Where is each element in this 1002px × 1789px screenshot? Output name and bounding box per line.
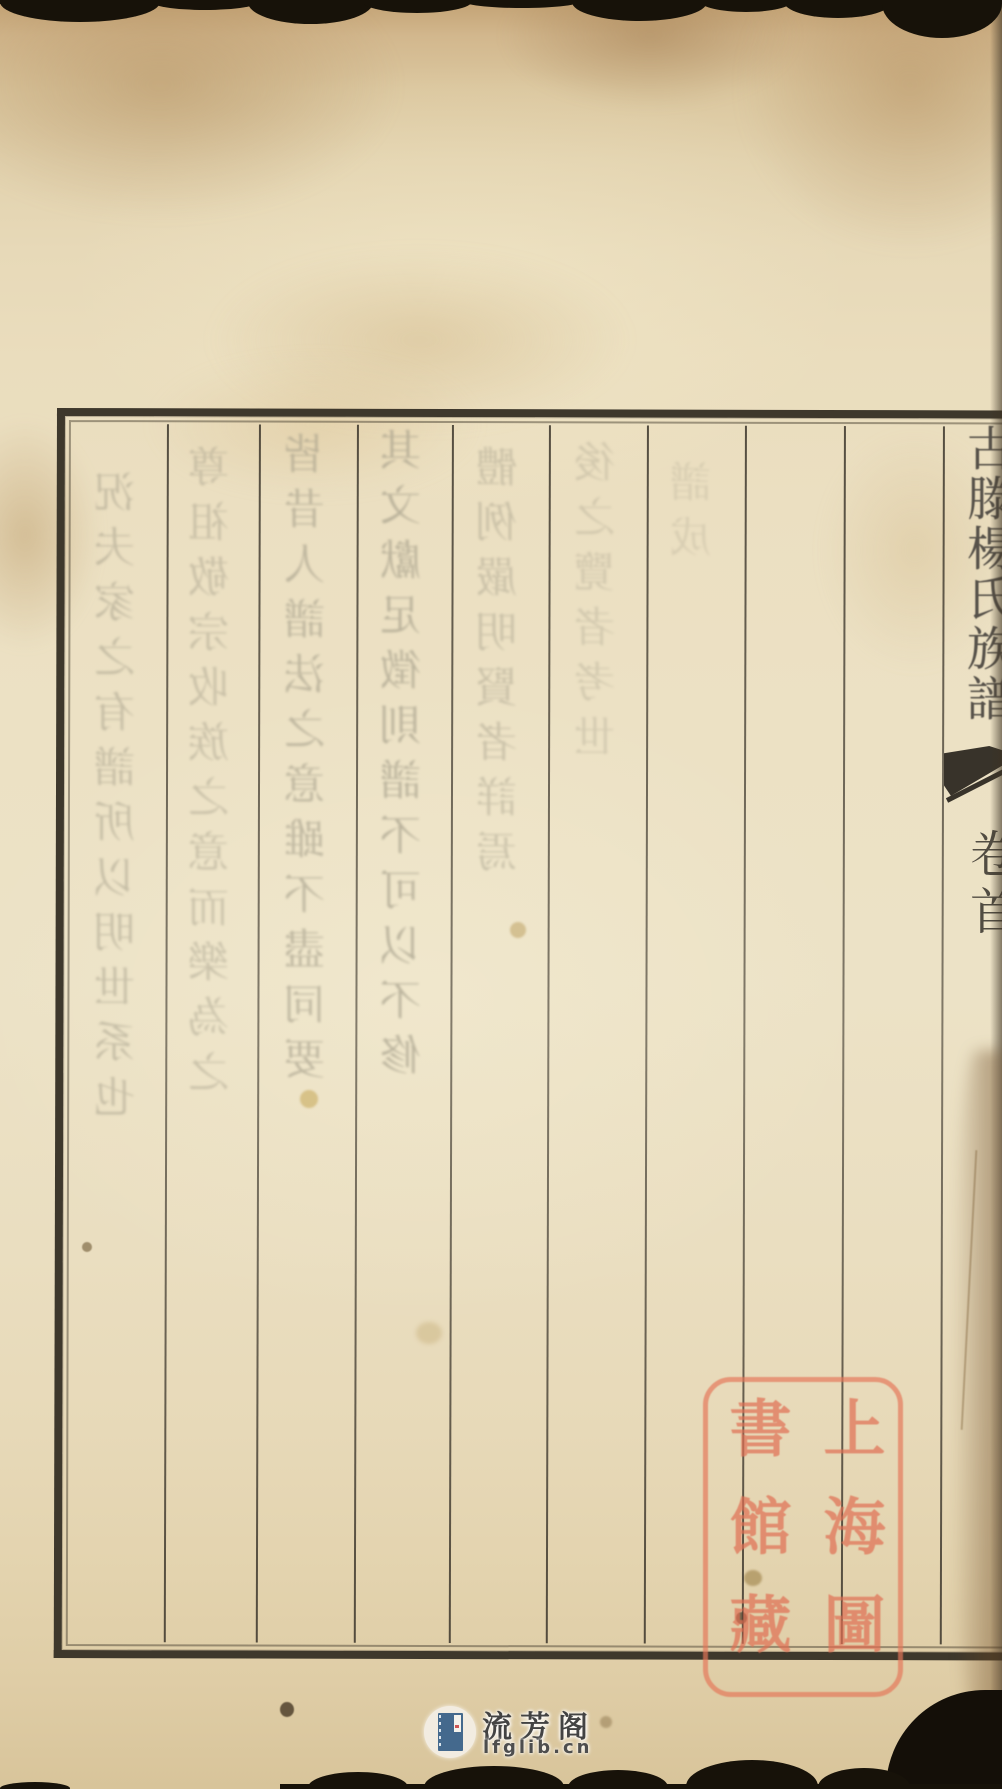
bleedthrough-column: 體例嚴明賢者詳焉 (478, 445, 520, 1045)
column-rule (164, 424, 169, 1642)
bleedthrough-column: 皆昔人譜法之意雖不盡同要 (286, 432, 328, 1442)
bleedthrough-column: 尊祖敬宗收族之意而樂為之 (190, 445, 232, 1435)
column-rule (256, 425, 261, 1643)
seal-text-right-column: 上海圖 (818, 1396, 880, 1690)
column-rule (354, 425, 359, 1643)
seal-text-left-column: 書館藏 (724, 1396, 786, 1690)
thread-bound-book-icon (438, 1713, 463, 1751)
column-rule (449, 425, 454, 1643)
column-rule (644, 426, 649, 1644)
bleedthrough-column: 後之覽者考世 (576, 440, 618, 820)
watermark-circle (424, 1706, 476, 1758)
bleedthrough-column: 譜成 (672, 460, 714, 620)
watermark-site-url: lfglib.cn (483, 1737, 592, 1758)
column-rule (546, 425, 551, 1643)
bleedthrough-column: 況夫家之有譜所以明世系也 (96, 470, 138, 1320)
column-rules (65, 416, 1002, 418)
column-rule (940, 426, 945, 1644)
site-watermark: 流芳阁 lfglib.cn (424, 1700, 684, 1766)
library-seal-stamp: 上海圖 書館藏 (703, 1377, 903, 1697)
bleedthrough-column: 其文獻足徵則譜不可以不修 (382, 428, 424, 1458)
scanned-page: 況夫家之有譜所以明世系也 尊祖敬宗收族之意而樂為之 皆昔人譜法之意雖不盡同要 其… (0, 0, 1002, 1789)
